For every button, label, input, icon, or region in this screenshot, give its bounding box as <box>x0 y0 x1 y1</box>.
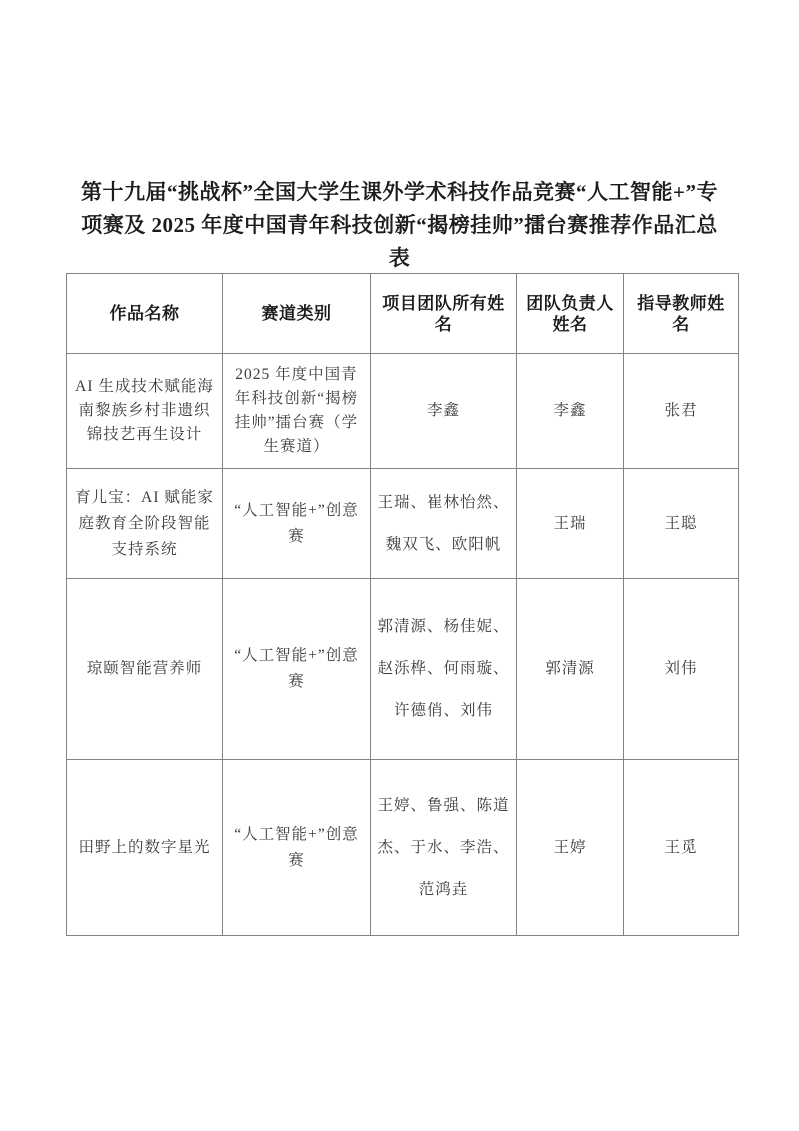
column-header-work: 作品名称 <box>67 274 223 354</box>
cell-leader: 李鑫 <box>517 354 624 469</box>
table-row: AI 生成技术赋能海南黎族乡村非遗织锦技艺再生设计 2025 年度中国青年科技创… <box>67 354 739 469</box>
table-header-row: 作品名称 赛道类别 项目团队所有姓名 团队负责人姓名 指导教师姓名 <box>67 274 739 354</box>
cell-track: “人工智能+”创意赛 <box>223 469 371 579</box>
document-page: 第十九届“挑战杯”全国大学生课外学术科技作品竞赛“人工智能+”专项赛及 2025… <box>0 0 799 1131</box>
cell-advisor: 王聪 <box>624 469 739 579</box>
table-row: 育儿宝：AI 赋能家庭教育全阶段智能支持系统 “人工智能+”创意赛 王瑞、崔林怡… <box>67 469 739 579</box>
page-title: 第十九届“挑战杯”全国大学生课外学术科技作品竞赛“人工智能+”专项赛及 2025… <box>79 176 720 275</box>
column-header-advisor: 指导教师姓名 <box>624 274 739 354</box>
cell-advisor: 张君 <box>624 354 739 469</box>
cell-work: 琼颐智能营养师 <box>67 579 223 760</box>
cell-members: 王瑞、崔林怡然、魏双飞、欧阳帆 <box>371 469 517 579</box>
cell-advisor: 刘伟 <box>624 579 739 760</box>
cell-leader: 王瑞 <box>517 469 624 579</box>
summary-table: 作品名称 赛道类别 项目团队所有姓名 团队负责人姓名 指导教师姓名 AI 生成技… <box>66 273 739 936</box>
cell-work: 育儿宝：AI 赋能家庭教育全阶段智能支持系统 <box>67 469 223 579</box>
cell-advisor: 王觅 <box>624 760 739 936</box>
cell-track: “人工智能+”创意赛 <box>223 579 371 760</box>
cell-members: 王婷、鲁强、陈道杰、于水、李浩、范鸿垚 <box>371 760 517 936</box>
column-header-track: 赛道类别 <box>223 274 371 354</box>
cell-track: 2025 年度中国青年科技创新“揭榜挂帅”擂台赛（学生赛道） <box>223 354 371 469</box>
cell-track: “人工智能+”创意赛 <box>223 760 371 936</box>
cell-leader: 郭清源 <box>517 579 624 760</box>
table-row: 田野上的数字星光 “人工智能+”创意赛 王婷、鲁强、陈道杰、于水、李浩、范鸿垚 … <box>67 760 739 936</box>
column-header-leader: 团队负责人姓名 <box>517 274 624 354</box>
table-row: 琼颐智能营养师 “人工智能+”创意赛 郭清源、杨佳妮、赵泺桦、何雨璇、许德俏、刘… <box>67 579 739 760</box>
cell-work: AI 生成技术赋能海南黎族乡村非遗织锦技艺再生设计 <box>67 354 223 469</box>
cell-members: 李鑫 <box>371 354 517 469</box>
cell-members: 郭清源、杨佳妮、赵泺桦、何雨璇、许德俏、刘伟 <box>371 579 517 760</box>
cell-leader: 王婷 <box>517 760 624 936</box>
cell-work: 田野上的数字星光 <box>67 760 223 936</box>
column-header-members: 项目团队所有姓名 <box>371 274 517 354</box>
